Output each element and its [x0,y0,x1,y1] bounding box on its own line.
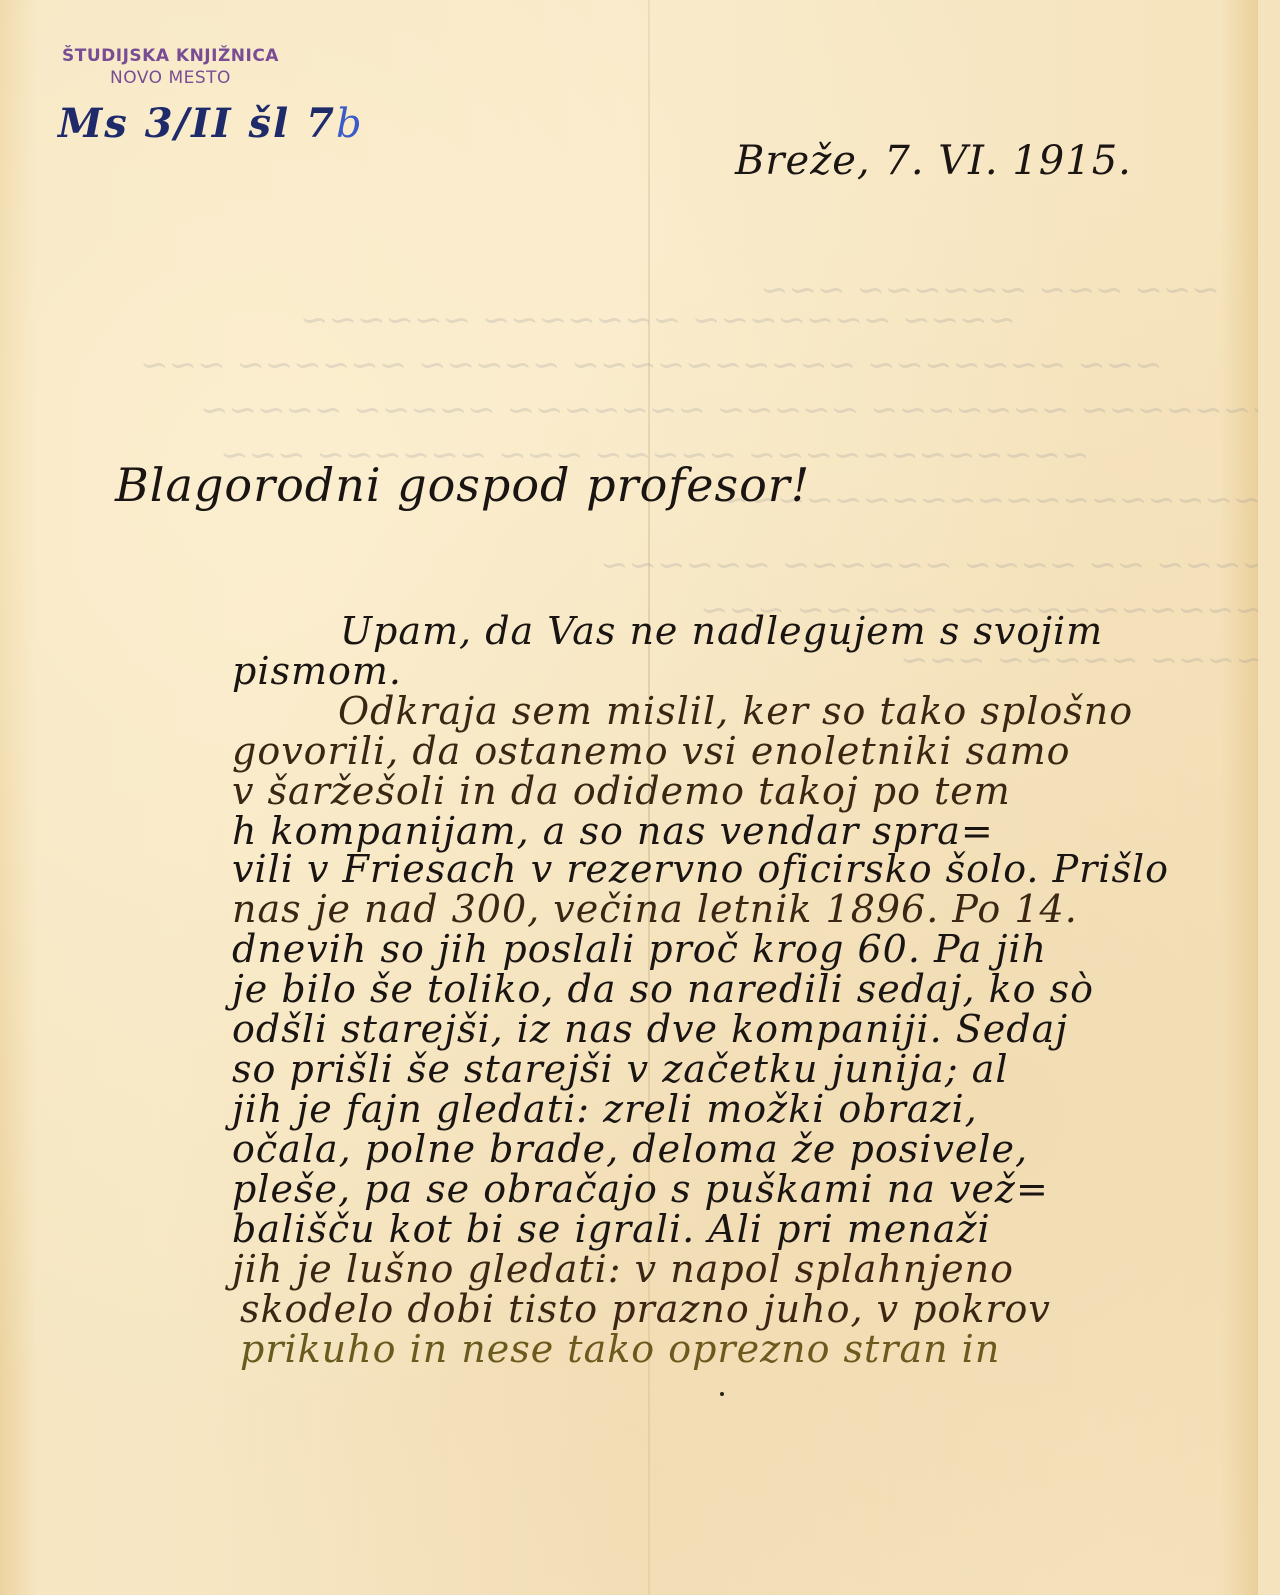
shelfmark-main: Ms 3/II šl 7 [58,100,336,147]
bleed-through-text: ~~~~ ~~~~~~~ ~~~~~~~ ~~~~~~ [300,300,1016,340]
library-stamp: ŠTUDIJSKA KNJIŽNICA NOVO MESTO [62,45,279,89]
bleed-through-text: ~~~~~~~ ~~~~~~~ ~~~~~ ~~~~~~~ ~~~~~ ~~~~… [200,390,1258,430]
letter-line: so prišli še starejši v začetku junija; … [232,1050,1009,1088]
shelfmark-suffix: b [336,101,364,147]
letter-salutation: Blagorodni gospod profesor! [115,458,810,512]
letter-line: očala, polne brade, deloma že posivele, [232,1130,1028,1168]
letter-line: odšli starejši, iz nas dve kompaniji. Se… [232,1010,1068,1048]
letter-line: skodelo dobi tisto prazno juho, v pokrov [240,1290,1051,1328]
bleed-through-text: ~~~ ~~~~~~~ ~~~~~~~~~~ ~~~~~ ~~~~~~ ~~~ [140,345,1163,385]
letter-line: govorili, da ostanemo vsi enoletniki sam… [232,732,1071,770]
letter-line: v šaržešoli in da odidemo takoj po tem [232,772,1011,810]
letter-line: Odkraja sem mislil, ker so tako splošno [338,692,1133,730]
letter-line: h kompanijam, a so nas vendar spra= [232,812,994,850]
letter-line: Upam, da Vas ne nadlegujem s svojim [340,612,1103,650]
letter-line: nas je nad 300, večina letnik 1896. Po 1… [232,890,1078,928]
bleed-through-text: ~~~~~~~~~ ~~ ~~~~ ~~~~~~ ~~~~~~ [600,545,1258,585]
letter-line: je bilo še toliko, da so naredili sedaj,… [232,970,1094,1008]
letter-line: jih je fajn gledati: zreli možki obrazi, [232,1090,978,1128]
letter-line: pismom. [232,652,402,690]
stamp-line-2: NOVO MESTO [62,67,279,89]
stamp-line-1: ŠTUDIJSKA KNJIŽNICA [62,45,279,67]
letter-line: jih je lušno gledati: v napol splahnjeno [232,1250,1014,1288]
letter-line: pleše, pa se obračajo s puškami na vež= [232,1170,1049,1208]
letter-place-date: Breže, 7. VI. 1915. [735,138,1132,184]
letter-line: bališču kot bi se igrali. Ali pri menaži [232,1210,991,1248]
shelfmark: Ms 3/II šl 7b [58,100,364,147]
letter-page: ~~~ ~~~ ~~~~~~ ~~~ ~~~~ ~~~~~~~ ~~~~~~~ … [0,0,1258,1595]
ink-dot [720,1392,724,1396]
letter-line: vili v Friesach v rezervno oficirsko šol… [232,850,1169,888]
letter-line: prikuho in nese tako oprezno stran in [240,1330,1000,1368]
letter-line: dnevih so jih poslali proč krog 60. Pa j… [232,930,1047,968]
